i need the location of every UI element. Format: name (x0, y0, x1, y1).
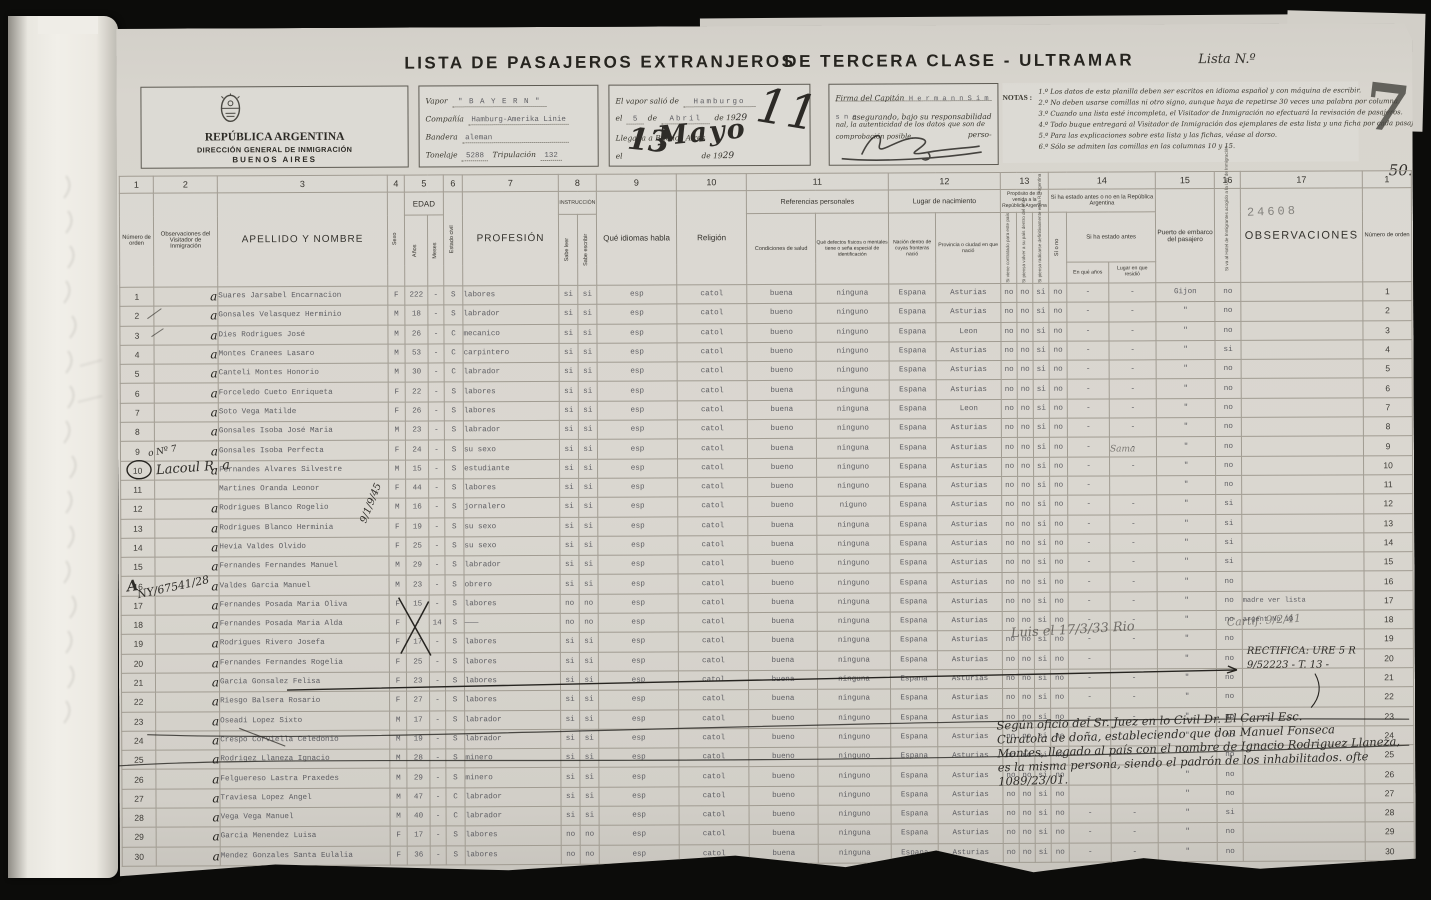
cell-nacion: Espana (890, 631, 937, 651)
cell-sexo: M (389, 498, 406, 517)
header-en-que-anos: En qué años (1067, 262, 1109, 283)
cell-salud: bueno (748, 554, 817, 574)
cell-nacion: Espana (890, 593, 937, 613)
cell-mark: a (154, 345, 218, 365)
cell-estado: S (445, 479, 464, 498)
cell-idiomas: esp (598, 497, 678, 517)
cell-p3: si (1035, 804, 1051, 823)
cell-anos: 17 (406, 633, 429, 652)
cell-estado: S (445, 633, 464, 652)
cell-antes: no (1050, 534, 1068, 553)
cell-profesion: mecanico (463, 324, 559, 344)
cell-sexo: M (390, 807, 407, 826)
cell-name: Fernandes Fernandes Rogelia (219, 653, 389, 673)
cell-profesion: carpintero (463, 343, 559, 363)
cell-estado: S (446, 749, 465, 768)
cell-p2: no (1019, 785, 1035, 804)
cell-profesion: obrero (464, 575, 560, 595)
cell-nacion: Espana (890, 496, 937, 516)
cell-profesion: labrador (465, 729, 561, 749)
cell-n2: 14 (1364, 533, 1413, 553)
cell-n2: 23 (1365, 706, 1414, 726)
cell-leer: si (559, 420, 578, 439)
cell-name: Garcia Menendez Luisa (220, 826, 390, 846)
cell-p3: si (1034, 592, 1050, 611)
cell-nacion: Espana (891, 689, 938, 709)
colnum-8: 8 (558, 174, 596, 191)
cell-puerto: " (1158, 707, 1217, 727)
cell-meses: - (428, 382, 444, 401)
cell-escribir: si (580, 787, 599, 806)
cell-name: Hevia Valdes Olvido (219, 537, 389, 557)
cell-salud: buena (749, 844, 818, 864)
cell-obs (1243, 841, 1365, 861)
cell-escribir: si (578, 382, 597, 401)
cell-name: Fernandes Fernandes Manuel (219, 556, 389, 576)
cell-n2: 21 (1364, 668, 1413, 688)
cell-estado: S (444, 402, 463, 421)
cell-hotel: no (1217, 707, 1243, 726)
cell-leer: si (559, 343, 578, 362)
cell-n: 10 (121, 461, 155, 480)
cell-puerto: " (1156, 379, 1215, 399)
cell-n: 26 (122, 770, 156, 789)
cell-anios: - (1068, 630, 1110, 649)
list-number-stamp: 7 (1360, 69, 1413, 149)
header-instruccion: INSTRUCCIÓN (558, 191, 596, 214)
cell-obs (1241, 301, 1363, 321)
cell-defectos: ninguno (818, 728, 891, 748)
lista-number-label: Lista N.º (1198, 52, 1255, 67)
cell-mark: a (154, 287, 218, 307)
cell-obs: argent No 10 (1242, 610, 1364, 630)
cell-p3: si (1035, 688, 1051, 707)
colnum-4: 4 (387, 175, 404, 192)
cell-p1: no (1002, 554, 1018, 573)
cell-leer: si (561, 806, 580, 825)
cell-n2: 2 (1363, 301, 1412, 321)
cell-profesion: su sexo (463, 440, 559, 460)
cell-lugar: - (1110, 572, 1157, 592)
cell-salud: buena (747, 400, 816, 420)
cell-escribir: si (579, 536, 598, 555)
cell-meses: - (429, 595, 445, 614)
header-puerto: Puerto de embarco del pasajero (1155, 189, 1214, 283)
cell-profesion: labrador (463, 363, 559, 383)
cell-defectos: ninguna (817, 516, 890, 536)
cell-p1: no (1001, 418, 1017, 437)
cell-nacion: Espana (889, 438, 936, 458)
cell-idiomas: esp (598, 459, 678, 479)
cell-antes: no (1049, 380, 1067, 399)
form-title-left: LISTA DE PASAJEROS EXTRANJEROS (404, 52, 795, 74)
cell-anios: - (1069, 688, 1111, 707)
cell-p1: no (1002, 631, 1018, 650)
cell-idiomas: esp (597, 362, 677, 382)
cell-p2: no (1017, 303, 1033, 322)
cell-name: Gonsales Isoba Perfecta (218, 441, 388, 461)
cell-religion: catol (677, 439, 747, 459)
cell-anios: - (1067, 302, 1109, 321)
cell-puerto: " (1158, 688, 1217, 708)
cell-obs (1242, 649, 1364, 669)
cell-meses: - (429, 556, 445, 575)
llegada-year: 29 (723, 151, 734, 161)
cell-n: 22 (122, 692, 156, 711)
cell-estado: S (445, 556, 464, 575)
agency-country: REPÚBLICA ARGENTINA (142, 131, 408, 144)
cell-p3: si (1034, 669, 1050, 688)
cell-meses: - (430, 768, 446, 787)
cell-p2: no (1017, 361, 1033, 380)
cell-antes: no (1050, 553, 1068, 572)
cell-sexo: F (390, 846, 407, 865)
cell-religion: catol (679, 767, 749, 787)
cell-salud: buena (749, 690, 818, 710)
cell-name: Fernandes Alvares Silvestre (219, 460, 389, 480)
cell-obs (1241, 436, 1363, 456)
cell-n: 20 (121, 654, 155, 673)
cell-anios: - (1068, 553, 1110, 572)
cell-mark: a (155, 557, 219, 577)
cell-lugar (1110, 649, 1157, 669)
cell-lugar: - (1110, 611, 1157, 631)
cell-n2: 24 (1365, 726, 1414, 746)
cell-name: Gonsales Isoba José Maria (218, 421, 388, 441)
cell-p1: no (1001, 303, 1017, 322)
cell-obs (1243, 784, 1365, 804)
cell-antes: no (1049, 360, 1067, 379)
cell-anos: 18 (405, 305, 428, 324)
cell-p1: no (1003, 824, 1019, 843)
cell-idiomas: esp (598, 594, 678, 614)
cell-obs (1241, 320, 1363, 340)
cell-mark: a (154, 383, 218, 403)
cell-leer: si (559, 305, 578, 324)
cell-provincia: Asturias (938, 766, 1003, 786)
cell-anos: 36 (407, 846, 430, 865)
cell-name: Dies Rodrigues José (218, 325, 388, 345)
cell-nacion: Espana (889, 400, 936, 420)
cell-idiomas: esp (598, 478, 678, 498)
cell-leer: si (559, 382, 578, 401)
compania-label: Compañía (426, 114, 464, 123)
cell-n: 23 (122, 712, 156, 731)
cell-salud: bueno (749, 747, 818, 767)
cell-antes: no (1049, 418, 1067, 437)
cell-obs (1241, 359, 1363, 379)
cell-obs (1242, 552, 1364, 572)
cell-p1: no (1002, 669, 1018, 688)
cell-estado: S (445, 459, 464, 478)
cell-antes: no (1050, 611, 1068, 630)
cell-puerto: " (1156, 321, 1215, 341)
cell-n2: 10 (1364, 455, 1413, 475)
cell-p2: no (1018, 515, 1034, 534)
cell-salud: bueno (749, 709, 818, 729)
cell-sexo: M (388, 421, 405, 440)
cell-nacion: Espana (890, 573, 937, 593)
cell-sexo: F (388, 383, 405, 402)
cell-p2: no (1019, 727, 1035, 746)
cell-anios (1069, 785, 1111, 804)
handwritten-list-number: 11 (752, 77, 822, 143)
colnum-9: 9 (596, 174, 676, 191)
cell-escribir: no (580, 845, 599, 864)
cell-religion: catol (678, 613, 748, 633)
header-observaciones-visitador: Observaciones del Visitador de Inmigraci… (153, 193, 217, 287)
cell-escribir: si (578, 305, 597, 324)
cell-meses: 14 (429, 614, 445, 633)
cell-mark: a (156, 827, 220, 847)
cell-leer: si (560, 575, 579, 594)
header-religion: Religión (676, 191, 746, 285)
cell-escribir: si (578, 420, 597, 439)
cell-estado: C (446, 807, 465, 826)
cell-defectos: ninguno (818, 747, 891, 767)
cell-estado: S (444, 382, 463, 401)
cell-hotel: si (1216, 533, 1242, 552)
cell-anios: - (1068, 669, 1110, 688)
cell-name: Traviesa Lopez Angel (220, 788, 390, 808)
cell-idiomas: esp (598, 671, 678, 691)
cell-leer: no (561, 845, 580, 864)
el-label1: el (616, 114, 623, 123)
cell-anios: - (1067, 399, 1109, 418)
cell-leer: si (560, 478, 579, 497)
cell-religion: catol (678, 593, 748, 613)
cell-escribir: si (580, 806, 599, 825)
vapor-label: Vapor (425, 96, 447, 105)
cell-mark: a (155, 461, 219, 481)
cell-sexo: F (389, 614, 406, 633)
cell-escribir: si (579, 555, 598, 574)
cell-leer: si (560, 517, 579, 536)
cell-anios: - (1069, 823, 1111, 842)
cell-anos: 17 (407, 826, 430, 845)
cell-name: Riesgo Balsera Rosario (220, 691, 390, 711)
cell-salud: buena (747, 284, 816, 304)
cell-antes: no (1051, 843, 1069, 862)
cell-escribir: si (578, 285, 597, 304)
cell-p1: no (1001, 399, 1017, 418)
cell-estado: C (444, 344, 463, 363)
cell-defectos: ninguno (816, 361, 889, 381)
cell-salud: bueno (747, 419, 816, 439)
cell-sexo: M (389, 460, 406, 479)
cell-sexo: M (388, 344, 405, 363)
cell-anos: 19 (406, 518, 429, 537)
cell-meses: - (429, 653, 445, 672)
cell-puerto: " (1158, 784, 1217, 804)
cell-antes: no (1050, 573, 1068, 592)
cell-hotel: si (1216, 553, 1242, 572)
cell-antes: no (1051, 708, 1069, 727)
cell-anios: - (1067, 437, 1109, 456)
cell-n: 16 (121, 577, 155, 596)
cell-estado: C (444, 324, 463, 343)
cell-p1: no (1002, 592, 1018, 611)
cell-mark: a (155, 499, 219, 519)
compania-value: Hamburg-Amerika Linie (468, 116, 569, 125)
cell-provincia: Asturias (938, 708, 1003, 728)
cell-n2: 28 (1365, 803, 1414, 823)
colnum-18: 1 (1362, 171, 1411, 188)
cell-p1: no (1003, 843, 1019, 862)
cell-obs (1243, 726, 1365, 746)
cell-escribir: si (579, 575, 598, 594)
cell-p2: no (1017, 380, 1033, 399)
cell-obs (1242, 513, 1364, 533)
cell-p3: si (1034, 573, 1050, 592)
cell-p3: si (1033, 380, 1049, 399)
cell-lugar: - (1109, 360, 1156, 380)
cell-meses: - (430, 749, 446, 768)
cell-anos: 25 (406, 537, 429, 556)
cell-lugar: - (1111, 707, 1158, 727)
cell-meses: - (429, 479, 445, 498)
cell-p2: no (1018, 553, 1034, 572)
cell-provincia: Leon (936, 399, 1001, 419)
cell-religion: catol (677, 381, 747, 401)
cell-meses: - (430, 846, 446, 865)
cell-n: 24 (122, 731, 156, 750)
tonelaje-label: Tonelaje (426, 150, 458, 159)
cell-p2: no (1019, 708, 1035, 727)
cell-escribir: si (580, 748, 599, 767)
cell-n: 17 (121, 596, 155, 615)
cell-leer: no (560, 613, 579, 632)
cell-puerto: " (1157, 476, 1216, 496)
cell-escribir: si (578, 343, 597, 362)
colnum-6: 6 (443, 175, 462, 192)
cell-defectos: ninguna (817, 535, 890, 555)
cell-idiomas: esp (599, 690, 679, 710)
group-header-row: Número de orden Observaciones del Visita… (119, 188, 1411, 217)
cell-p3: si (1035, 727, 1051, 746)
cell-n: 18 (121, 615, 155, 634)
cell-name: Gonsales Velasquez Herminio (218, 305, 388, 325)
colnum-17: 17 (1240, 171, 1362, 189)
cell-puerto: " (1156, 302, 1215, 322)
cell-n: 6 (120, 384, 154, 403)
cell-provincia: Asturias (937, 650, 1002, 670)
cell-estado: S (444, 305, 463, 324)
cell-obs (1242, 571, 1364, 591)
cell-n2: 1 (1363, 282, 1412, 302)
cell-mark: a (155, 615, 219, 635)
cell-puerto: " (1158, 746, 1217, 766)
cell-hotel: no (1216, 668, 1242, 687)
cell-estado: S (445, 595, 464, 614)
cell-n2: 8 (1363, 417, 1412, 437)
cell-p1: no (1003, 747, 1019, 766)
cell-leer: si (559, 324, 578, 343)
cell-sexo: F (389, 518, 406, 537)
header-condiciones-salud: Condiciones de salud (746, 213, 815, 284)
cell-p1: no (1001, 438, 1017, 457)
cell-anios: - (1069, 708, 1111, 727)
cell-leer: si (559, 440, 578, 459)
cell-escribir: si (579, 478, 598, 497)
cell-p1: no (1002, 611, 1018, 630)
cell-p1: no (1003, 727, 1019, 746)
cell-mark: a (154, 306, 218, 326)
agency-department: DIRECCIÓN GENERAL DE INMIGRACIÓN (142, 145, 408, 155)
cell-defectos: ninguna (818, 824, 891, 844)
cell-name: Montes Cranees Lasaro (218, 344, 388, 364)
cell-escribir: no (580, 826, 599, 845)
cell-p3: si (1033, 399, 1049, 418)
cell-antes: no (1051, 688, 1069, 707)
cell-profesion: labores (465, 826, 561, 846)
cell-defectos: ninguno (816, 303, 889, 323)
cell-puerto: " (1157, 591, 1216, 611)
colnum-1: 1 (119, 176, 153, 193)
notas-label: NOTAS : (1002, 93, 1032, 102)
cell-name: Rodrigues Blanco Rogelio (219, 498, 389, 518)
tonelaje-row: Tonelaje 5288 Tripulación 132 (426, 144, 592, 161)
cell-defectos: ninguno (817, 458, 890, 478)
cell-provincia: Asturias (937, 476, 1002, 496)
salio-port: Hamburgo (683, 98, 755, 107)
cell-meses: - (428, 305, 444, 324)
cell-anos: 22 (405, 382, 428, 401)
cell-profesion: labores (464, 594, 560, 614)
cell-nacion: Espana (889, 361, 936, 381)
salio-year: 29 (736, 113, 747, 123)
cell-antes: no (1050, 515, 1068, 534)
cell-obs (1242, 533, 1364, 553)
cell-hotel: no (1217, 688, 1243, 707)
cell-anos: 26 (405, 325, 428, 344)
cell-estado: S (446, 691, 465, 710)
cell-mark: a (156, 769, 220, 789)
cell-p1: no (1001, 361, 1017, 380)
cell-hotel: no (1216, 591, 1242, 610)
cell-antes: no (1049, 322, 1067, 341)
bandera-row: Bandera aleman (426, 126, 592, 143)
cell-mark: a (155, 576, 219, 596)
cell-estado: C (446, 788, 465, 807)
cell-sexo: F (390, 691, 407, 710)
cell-puerto: " (1157, 514, 1216, 534)
cell-name: Felguereso Lastra Praxedes (220, 769, 390, 789)
cell-lugar (1111, 746, 1158, 766)
cell-meses: - (430, 826, 446, 845)
cell-estado: S (446, 710, 465, 729)
cell-provincia: Asturias (936, 438, 1001, 458)
cell-escribir: si (580, 690, 599, 709)
cell-lugar: - (1110, 630, 1157, 650)
cell-profesion: labores (465, 845, 561, 865)
cell-name: Canteli Montes Honorio (218, 363, 388, 383)
cell-name: Garcia Gonsalez Felisa (219, 672, 389, 692)
cell-n2: 30 (1365, 841, 1414, 861)
cell-p3: si (1035, 843, 1051, 862)
cell-sexo: F (389, 633, 406, 652)
cell-n2: 3 (1363, 320, 1412, 340)
cell-hotel: no (1217, 765, 1243, 784)
bandera-label: Bandera (426, 132, 458, 141)
cell-n: 28 (122, 808, 156, 827)
cell-name: Crespo Corviella Celedonio (220, 730, 390, 750)
cell-escribir: si (579, 652, 598, 671)
cell-nacion: Espana (890, 650, 937, 670)
cell-religion: catol (678, 651, 748, 671)
cell-p3: si (1035, 708, 1051, 727)
cell-p2: no (1018, 496, 1034, 515)
